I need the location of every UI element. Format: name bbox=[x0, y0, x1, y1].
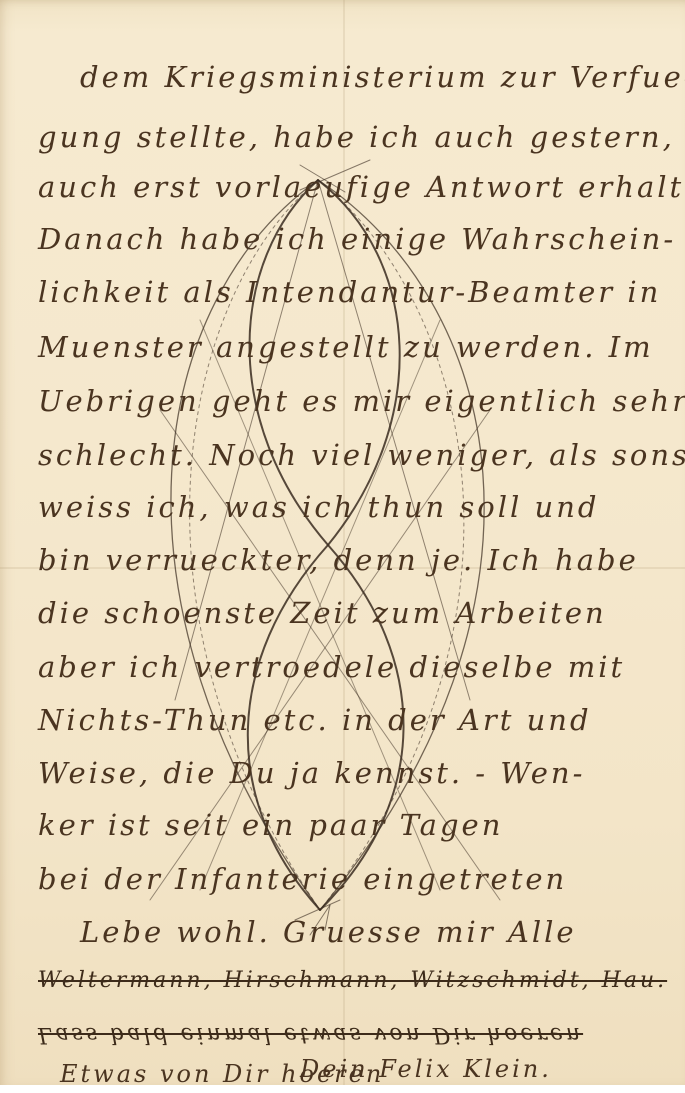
letter-line-13: Nichts-Thun etc. in der Art und bbox=[38, 703, 592, 737]
letter-line-11: die schoenste Zeit zum Arbeiten bbox=[38, 596, 607, 630]
letter-line-3: auch erst vorlaeufige Antwort erhalten. bbox=[38, 170, 685, 204]
letter-line-9: weiss ich, was ich thun soll und bbox=[38, 490, 599, 524]
letter-line-8: schlecht. Noch viel weniger, als sonst bbox=[38, 438, 685, 472]
letter-line-16: bei der Infanterie eingetreten bbox=[38, 862, 567, 896]
letter-line-6: Muenster angestellt zu werden. Im bbox=[38, 330, 654, 364]
letter-paper: dem Kriegsministerium zur Verfue- gung s… bbox=[0, 0, 685, 1085]
letter-closing: Lebe wohl. Gruesse mir Alle bbox=[80, 915, 577, 949]
letter-line-14: Weise, die Du ja kennst. - Wen- bbox=[38, 756, 585, 790]
letter-line-4: Danach habe ich einige Wahrschein- bbox=[38, 222, 676, 256]
letter-text: dem Kriegsministerium zur Verfue- gung s… bbox=[0, 0, 685, 1085]
struck-line-2: Lass bald einmal etwas von Dir hoeren bbox=[38, 1022, 583, 1047]
letter-line-1: dem Kriegsministerium zur Verfue- bbox=[80, 60, 685, 94]
letter-line-5: lichkeit als Intendantur-Beamter in bbox=[38, 275, 661, 309]
signature: Dein Felix Klein. bbox=[300, 1055, 552, 1083]
letter-line-12: aber ich vertroedele dieselbe mit bbox=[38, 650, 625, 684]
letter-line-15: ker ist seit ein paar Tagen bbox=[38, 808, 503, 842]
letter-line-7: Uebrigen geht es mir eigentlich sehr bbox=[38, 384, 685, 418]
letter-line-10: bin verrueckter, denn je. Ich habe bbox=[38, 543, 639, 577]
struck-line-1: Weltermann, Hirschmann, Witzschmidt, Hau… bbox=[38, 968, 667, 993]
letter-line-2: gung stellte, habe ich auch gestern, wen… bbox=[38, 120, 685, 154]
